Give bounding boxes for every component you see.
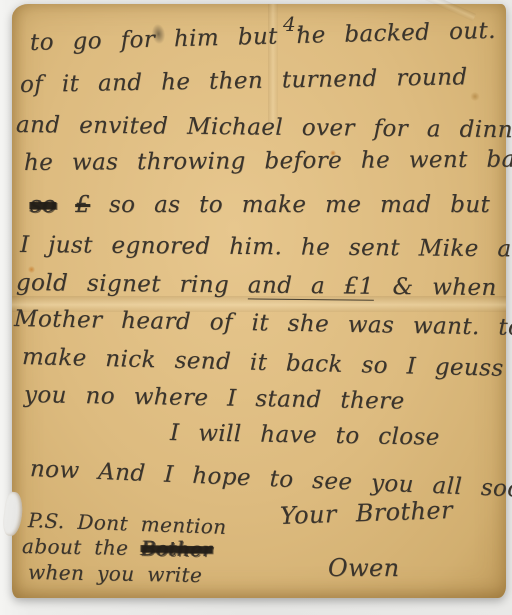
paper-tear-notch bbox=[1, 491, 24, 537]
signature-name: Owen bbox=[328, 554, 399, 582]
letter-line: make nick send it back so I geuss bbox=[22, 344, 504, 382]
line-text-segment: gold signet ring bbox=[16, 270, 248, 298]
postscript-line: when you write bbox=[28, 560, 203, 587]
letter-line: so £ so as to make me mad but bbox=[30, 192, 490, 218]
letter-line: you no where I stand there bbox=[24, 382, 405, 415]
letter-line: of it and he then turnend round bbox=[20, 64, 468, 98]
letter-line: I just egnored him. he sent Mike a bbox=[20, 232, 512, 262]
underlined-text: and a £1 bbox=[248, 272, 374, 300]
letter-line: to go for him but he backed out. bbox=[30, 18, 497, 56]
letter-line: he was throwing before he went back bbox=[24, 146, 512, 176]
scribbled-out-word: so bbox=[30, 192, 56, 218]
line-text-segment: & when bbox=[374, 274, 497, 301]
scribbled-out-word: Bother bbox=[141, 536, 213, 561]
signature-closing: Your Brother bbox=[280, 496, 454, 530]
line-text-segment: about the bbox=[22, 534, 142, 560]
scanned-letter-photo: 4. to go for him but he backed out. of i… bbox=[0, 0, 512, 615]
paper-stain bbox=[470, 92, 480, 101]
letter-line: I will have to close bbox=[170, 420, 440, 451]
letter-line: gold signet ring and a £1 & when bbox=[16, 270, 497, 301]
postscript-line: about the Bother bbox=[22, 534, 213, 561]
line-text-segment: so as to make me mad but bbox=[109, 192, 490, 218]
letter-page: 4. to go for him but he backed out. of i… bbox=[12, 4, 506, 598]
letter-line: and envited Michael over for a dinner bbox=[16, 112, 512, 143]
struck-out-text: £ bbox=[75, 192, 90, 218]
